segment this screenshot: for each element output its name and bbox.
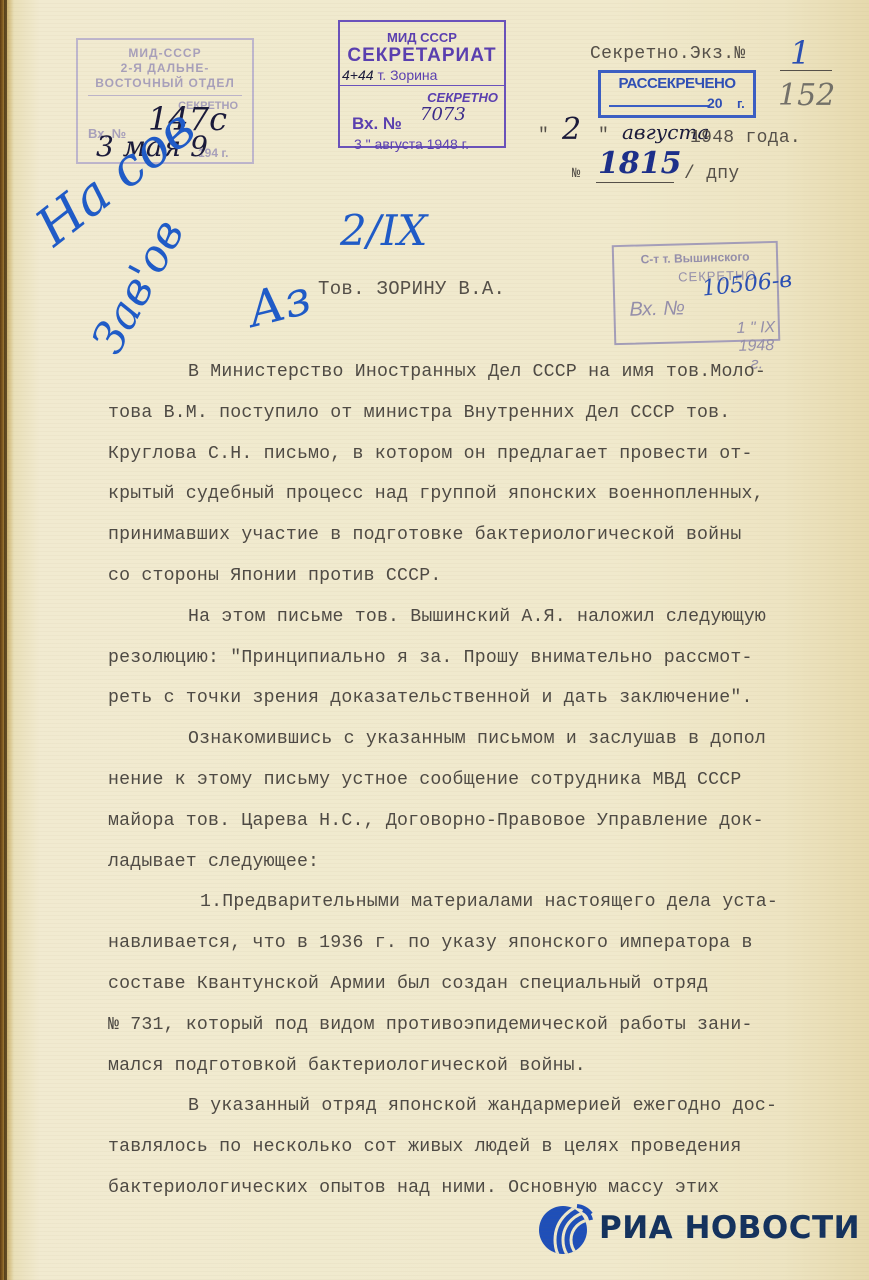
body-line: ладывает следующее: [108, 842, 858, 883]
body-line: тавлялось по несколько сот живых людей в… [108, 1127, 858, 1168]
body-line: со стороны Японии против СССР. [108, 556, 858, 597]
hw-stamp2-prefix: 4+44 [342, 67, 374, 83]
body-line: Круглова С.Н. письмо, в котором он предл… [108, 434, 858, 475]
hw-resolution-initials: Аз [242, 269, 316, 338]
letter-body: В Министерство Иностранных Дел СССР на и… [108, 352, 858, 1209]
copy-number-underline [780, 70, 832, 71]
body-line: майора тов. Царева Н.С., Договорно-Право… [108, 801, 858, 842]
body-line: нение к этому письму устное сообщение со… [108, 760, 858, 801]
stamp-line: МИД-СССР [78, 46, 252, 61]
body-line: Ознакомившись с указанным письмом и засл… [108, 719, 858, 760]
stamp-line: 4+44 т. Зорина [340, 67, 504, 83]
body-line: 1.Предварительными материалами настоящег… [108, 882, 858, 923]
document-page: МИД-СССР 2-Я ДАЛЬНЕ- ВОСТОЧНЫЙ ОТДЕЛ СЕК… [0, 0, 869, 1280]
hw-resolution-line2: Зав'ов [82, 211, 194, 362]
stamp-incoming-label: Вх. № [352, 114, 402, 134]
body-line: В указанный отряд японской жандармерией … [108, 1086, 858, 1127]
declassified-year: 20 [707, 95, 723, 111]
number-suffix: / дпу [684, 164, 740, 184]
ria-novosti-watermark: РИА НОВОСТИ [537, 1200, 860, 1256]
declassified-date-line [609, 105, 709, 107]
body-line: това В.М. поступило от министра Внутренн… [108, 393, 858, 434]
number-label: № [572, 166, 581, 182]
body-line: навливается, что в 1936 г. по указу япон… [108, 923, 858, 964]
date-open-quote: " [538, 126, 549, 146]
hw-copy-number: 1 [790, 34, 810, 72]
hw-margin-number: 152 [778, 78, 835, 113]
binding-edge [4, 0, 7, 1280]
stamp-line: ВОСТОЧНЫЙ ОТДЕЛ [78, 76, 252, 91]
stamp-line: МИД СССР [340, 30, 504, 45]
body-line: реть с точки зрения доказательственной и… [108, 678, 858, 719]
date-close-quote: " [598, 126, 609, 146]
stamp-recipient: т. Зорина [377, 67, 437, 83]
stamp-line: С-т т. Вышинского [614, 249, 776, 267]
stamp-declassified: РАССЕКРЕЧЕНО 20 г. [598, 70, 756, 118]
body-line: В Министерство Иностранных Дел СССР на и… [108, 352, 858, 393]
date-year: 1948 года. [690, 128, 801, 148]
number-underline [596, 182, 674, 183]
hw-stamp2-number: 7073 [420, 104, 466, 125]
stamp-date: 3 " августа 1948 г. [354, 136, 469, 152]
stamp-divider [88, 95, 242, 96]
stamp-secretariat: МИД СССР СЕКРЕТАРИАТ 4+44 т. Зорина СЕКР… [338, 20, 506, 148]
body-line: резолюцию: "Принципиально я за. Прошу вн… [108, 638, 858, 679]
hw-date-day: 2 [562, 112, 581, 147]
stamp-line: СЕКРЕТАРИАТ [340, 45, 504, 67]
declassified-suffix: г. [737, 96, 745, 111]
declassified-label: РАССЕКРЕЧЕНО [601, 75, 753, 92]
stamp-line: 2-Я ДАЛЬНЕ- [78, 61, 252, 76]
secret-copy-label: Секретно.Экз.№ [590, 44, 745, 64]
body-line: крытый судебный процесс над группой япон… [108, 474, 858, 515]
body-line: принимавших участие в подготовке бактери… [108, 515, 858, 556]
body-line: составе Квантунской Армии был создан спе… [108, 964, 858, 1005]
body-line: мался подготовкой бактериологической вой… [108, 1046, 858, 1087]
ria-globe-icon [537, 1200, 593, 1256]
body-line: На этом письме тов. Вышинский А.Я. налож… [108, 597, 858, 638]
hw-resolution-date: 2/IX [340, 206, 427, 255]
ria-brand-text: РИА НОВОСТИ [599, 1210, 860, 1246]
stamp-classification: СЕКРЕТНО [340, 90, 504, 105]
stamp-incoming-label: Вх. № [629, 297, 685, 321]
stamp-divider [340, 85, 504, 86]
body-line: № 731, который под видом противоэпидемич… [108, 1005, 858, 1046]
addressee: Тов. ЗОРИНУ В.А. [318, 278, 505, 300]
hw-outgoing-number: 1815 [598, 146, 682, 181]
